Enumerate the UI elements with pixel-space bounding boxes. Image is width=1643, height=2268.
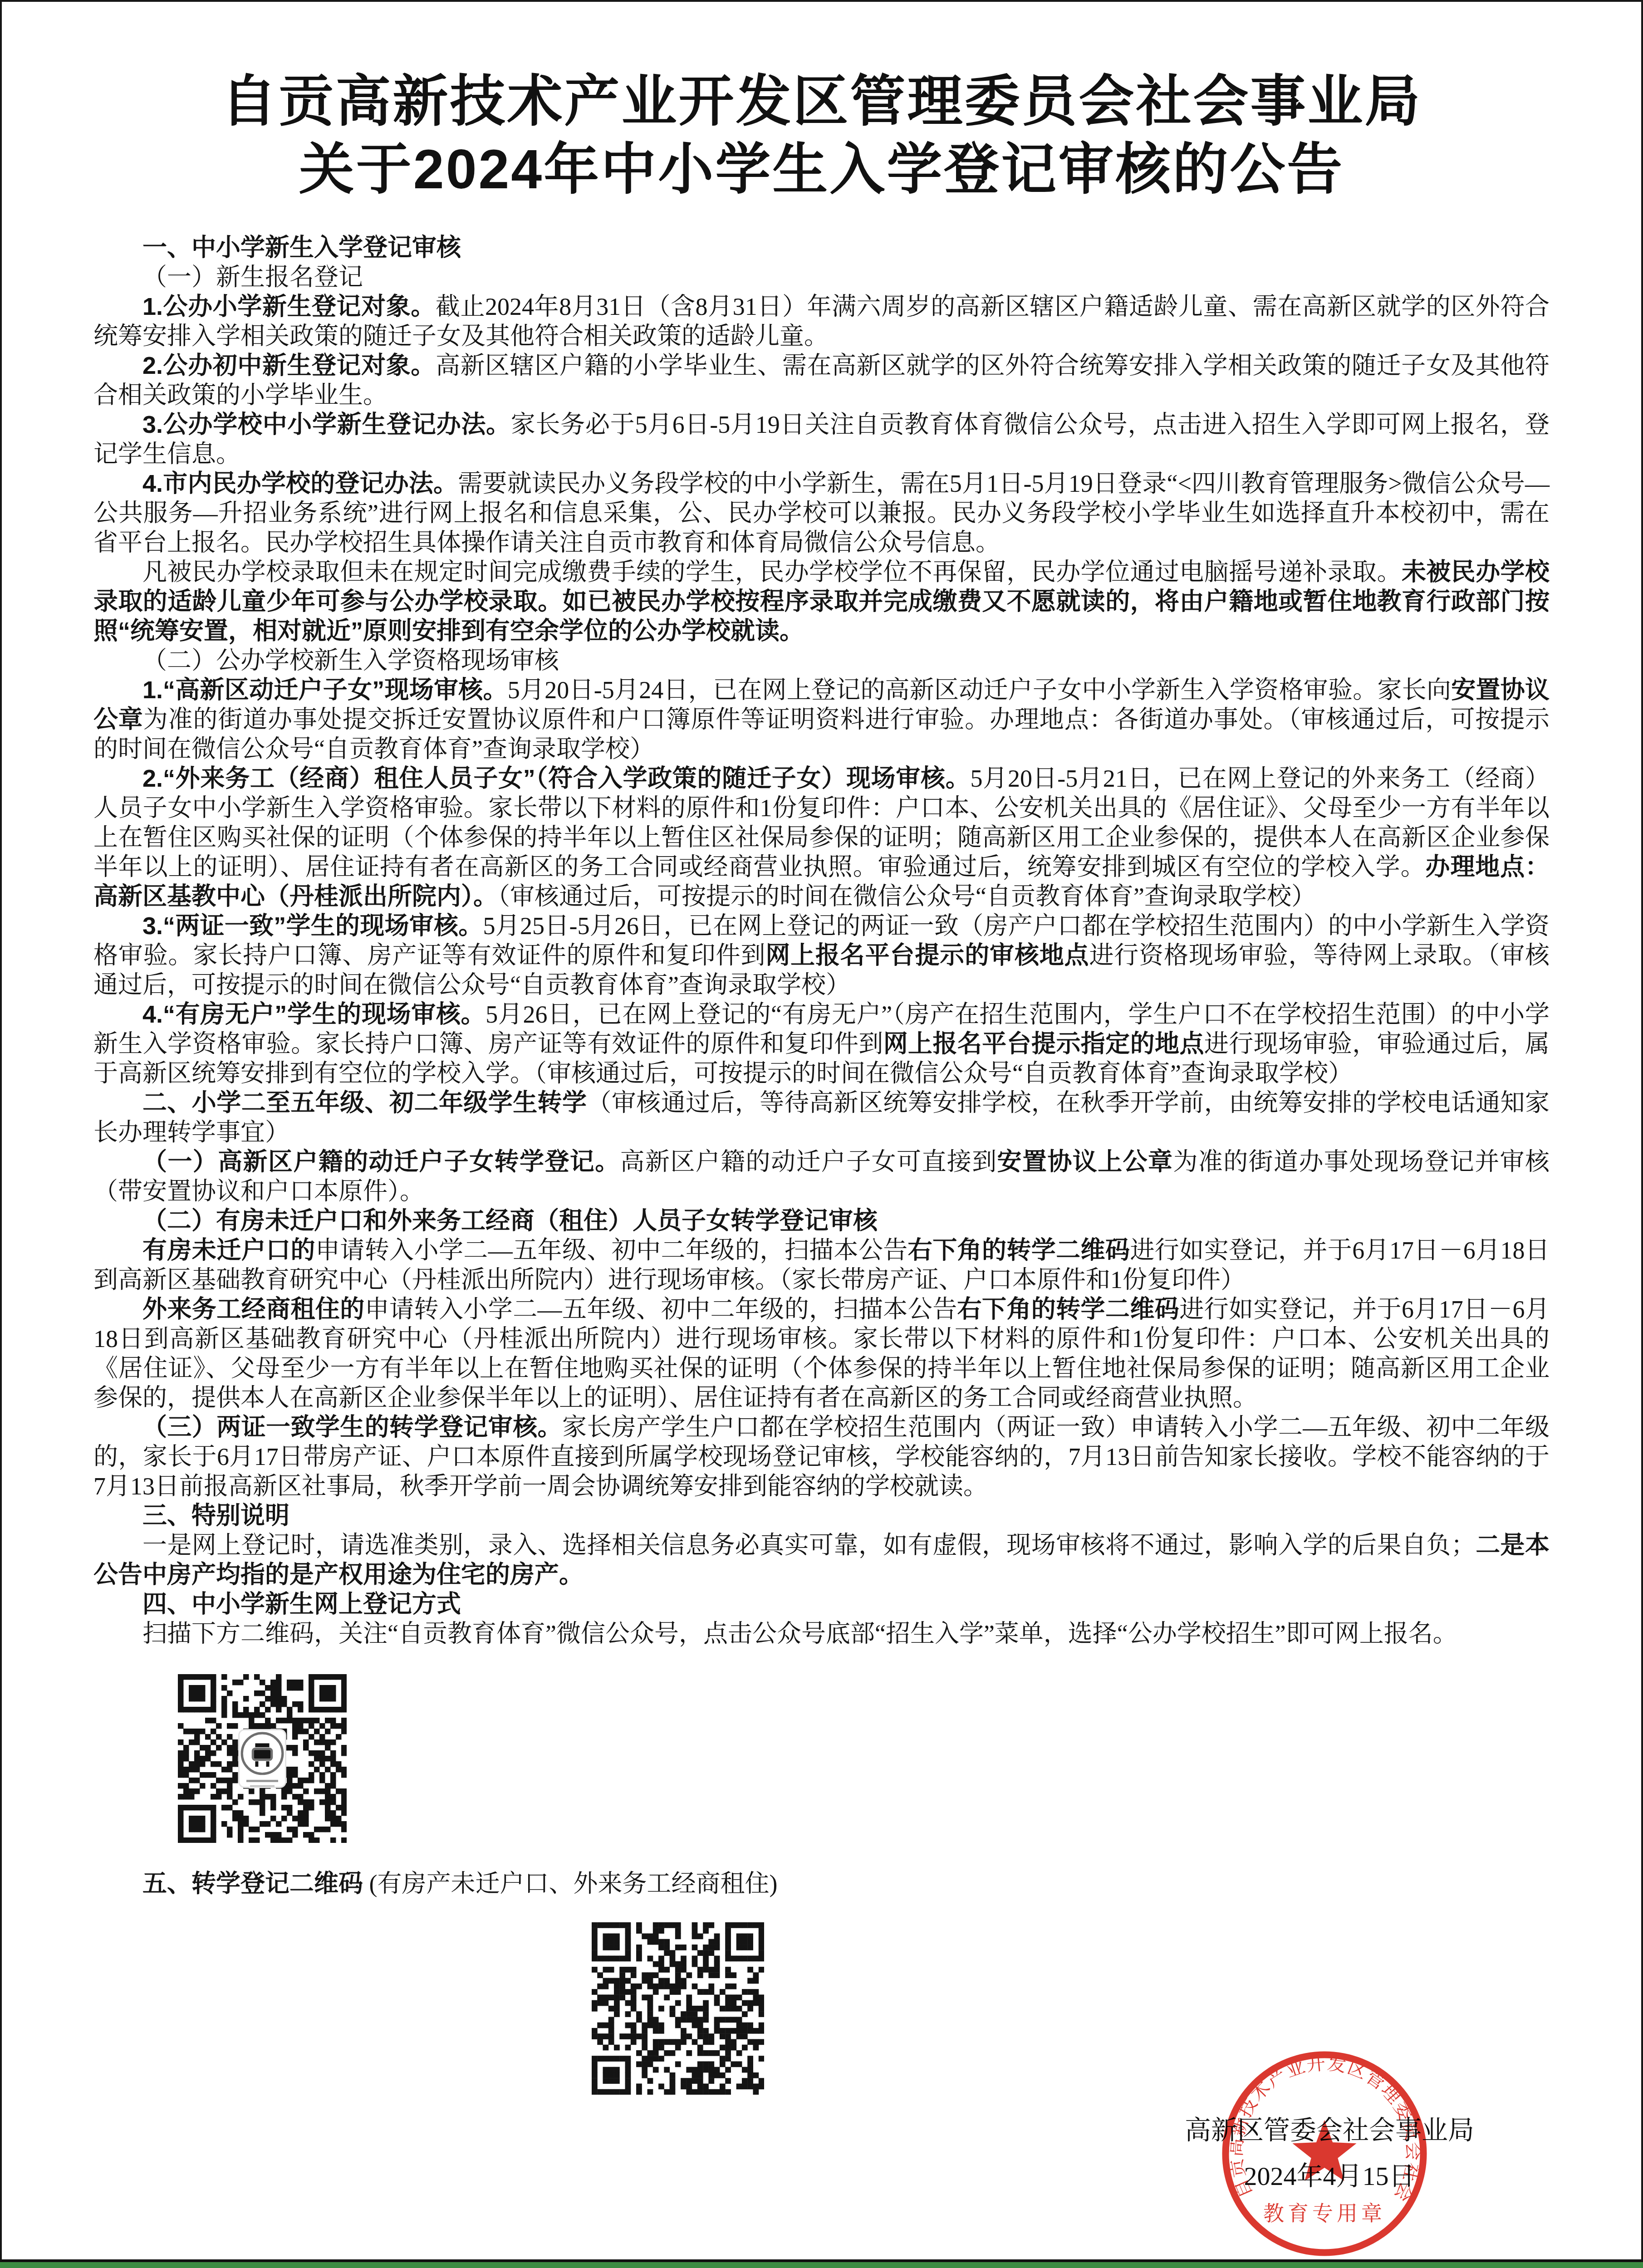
text-run: 凡被民办学校录取但未在规定时间完成缴费手续的学生，民办学校学位不再保留，民办学位… — [142, 558, 1402, 586]
emphasis-run: （三）两证一致学生的转学登记审核。 — [142, 1414, 562, 1441]
item-1-1-2: 2.公办初中新生登记对象。高新区辖区户籍的小学毕业生、需在高新区就学的区外符合统… — [93, 351, 1550, 410]
item-1-1-note: 凡被民办学校录取但未在规定时间完成缴费手续的学生，民办学校学位不再保留，民办学位… — [93, 558, 1550, 646]
bottom-green-strip — [0, 2259, 1643, 2268]
emblem-circle-icon — [240, 1730, 285, 1777]
document-content: 自贡高新技术产业开发区管理委员会社会事业局 关于2024年中小学生入学登记审核的… — [93, 67, 1550, 2095]
emphasis-run: 2.公办初中新生登记对象。 — [142, 352, 436, 379]
item-1-2-2: 2.“外来务工（经商）租住人员子女”（符合入学政策的随迁子女）现场审核。5月20… — [93, 764, 1550, 911]
text-run: 一是网上登记时，请选准类别，录入、选择相关信息务必真实可靠，如有虚假，现场审核将… — [142, 1532, 1476, 1559]
item-2-3: （三）两证一致学生的转学登记审核。家长房产学生户口都在学校招生范围内（两证一致）… — [93, 1413, 1550, 1501]
svg-text:自贡高新技术产业开发区管理委员会社会事业局: 自贡高新技术产业开发区管理委员会社会事业局 — [1215, 2044, 1424, 2206]
emphasis-run: 1.公办小学新生登记对象。 — [142, 293, 436, 320]
text-run: 高新区户籍的动迁户子女可直接到 — [620, 1148, 997, 1176]
emphasis-run: 四、中小学新生网上登记方式 — [142, 1591, 461, 1618]
emblem-caption-bar — [246, 1780, 278, 1782]
text-run: (有房产未迁户口、外来务工经商租住) — [363, 1870, 777, 1897]
emphasis-run: 右下角的转学二维码 — [908, 1237, 1130, 1264]
item-2-2-b: 外来务工经商租住的申请转入小学二—五年级、初中二年级的，扫描本公告右下角的转学二… — [93, 1295, 1550, 1413]
item-4-1: 扫描下方二维码，关注“自贡教育体育”微信公众号，点击公众号底部“招生入学”菜单，… — [93, 1619, 1550, 1649]
emphasis-run: 网上报名平台提示指定的地点 — [883, 1030, 1204, 1058]
document-title-line2: 关于2024年中小学生入学登记审核的公告 — [93, 135, 1550, 203]
emphasis-run: （二）有房未迁户口和外来务工经商（租住）人员子女转学登记审核 — [142, 1207, 878, 1234]
document-paragraphs-main: 一、中小学新生入学登记审核（一）新生报名登记1.公办小学新生登记对象。截止202… — [93, 233, 1550, 1649]
emphasis-run: 右下角的转学二维码 — [957, 1296, 1180, 1323]
emphasis-run: 2.“外来务工（经商）租住人员子女”（符合入学政策的随迁子女）现场审核。 — [142, 765, 970, 792]
document-body: 一、中小学新生入学登记审核（一）新生报名登记1.公办小学新生登记对象。截止202… — [93, 233, 1550, 2095]
sub-1-1-heading: （一）新生报名登记 — [93, 263, 1550, 292]
document-title-line1: 自贡高新技术产业开发区管理委员会社会事业局 — [93, 67, 1550, 135]
qr-center-emblem-icon — [238, 1729, 286, 1788]
text-run: （审核通过后，可按提示的时间在微信公众号“自贡教育体育”查询录取学校） — [498, 883, 1316, 910]
item-2-2-heading: （二）有房未迁户口和外来务工经商（租住）人员子女转学登记审核 — [93, 1206, 1550, 1236]
emphasis-run: 安置协议上公章 — [997, 1148, 1173, 1176]
section-3-heading: 三、特别说明 — [93, 1501, 1550, 1531]
emphasis-run: 三、特别说明 — [142, 1502, 289, 1529]
text-run: （一）新生报名登记 — [142, 264, 363, 291]
announcement-page: { "title": { "line1": "自贡高新技术产业开发区管理委员会社… — [0, 0, 1643, 2268]
item-1-1-3: 3.公办学校中小学新生登记办法。家长务必于5月6日-5月19日关注自贡教育体育微… — [93, 410, 1550, 469]
section-5-heading: 五、转学登记二维码 (有房产未迁户口、外来务工经商租住) — [93, 1869, 1550, 1899]
item-3-1: 一是网上登记时，请选准类别，录入、选择相关信息务必真实可靠，如有虚假，现场审核将… — [93, 1531, 1550, 1590]
emphasis-run: 一、中小学新生入学登记审核 — [142, 234, 461, 261]
emphasis-run: 1.“高新区动迁户子女”现场审核。 — [142, 676, 508, 704]
section-2-heading: 二、小学二至五年级、初二年级学生转学（审核通过后，等待高新区统筹安排学校，在秋季… — [93, 1088, 1550, 1147]
seal-bottom-label: 教育专用章 — [1263, 2202, 1386, 2225]
qr-code-transfer — [592, 1922, 764, 2095]
qr-pattern-transfer — [592, 1922, 764, 2095]
emphasis-run: 4.“有房无户”学生的现场审核。 — [142, 1001, 486, 1028]
text-run: 为准的街道办事处提交拆迁安置协议原件和户口簿原件等证明资料进行审验。办理地点：各… — [93, 706, 1550, 763]
emphasis-run: 4.市内民办学校的登记办法。 — [142, 470, 458, 497]
text-run: 扫描下方二维码，关注“自贡教育体育”微信公众号，点击公众号底部“招生入学”菜单，… — [142, 1620, 1457, 1647]
text-run: 申请转入小学二—五年级、初中二年级的，扫描本公告 — [365, 1296, 957, 1323]
seal-star-icon — [1293, 2120, 1357, 2181]
emphasis-run: 网上报名平台提示的审核地点 — [765, 942, 1089, 969]
emphasis-run: 外来务工经商租住的 — [142, 1296, 365, 1323]
emphasis-run: 有房未迁户口的 — [142, 1237, 315, 1264]
sub-1-2-heading: （二）公办学校新生入学资格现场审核 — [93, 646, 1550, 676]
emphasis-run: （一）高新区户籍的动迁户子女转学登记。 — [142, 1148, 620, 1176]
emphasis-run: 五、转学登记二维码 — [142, 1870, 363, 1897]
item-2-2-a: 有房未迁户口的申请转入小学二—五年级、初中二年级的，扫描本公告右下角的转学二维码… — [93, 1236, 1550, 1295]
emblem-subcaption-bar — [250, 1785, 275, 1787]
emphasis-run: 二、小学二至五年级、初二年级学生转学 — [142, 1089, 587, 1117]
text-run: 5月20日-5月24日，已在网上登记的高新区动迁户子女中小学新生入学资格审验。家… — [508, 676, 1452, 704]
emphasis-run: 3.公办学校中小学新生登记办法。 — [142, 411, 511, 438]
item-1-1-4: 4.市内民办学校的登记办法。需要就读民办义务段学校的中小学新生，需在5月1日-5… — [93, 469, 1550, 558]
item-1-2-1: 1.“高新区动迁户子女”现场审核。5月20日-5月24日，已在网上登记的高新区动… — [93, 676, 1550, 764]
emphasis-run: 3.“两证一致”学生的现场审核。 — [142, 912, 483, 940]
text-run: （二）公办学校新生入学资格现场审核 — [142, 647, 559, 674]
section-4-heading: 四、中小学新生网上登记方式 — [93, 1590, 1550, 1619]
document-paragraphs-transfer: 五、转学登记二维码 (有房产未迁户口、外来务工经商租住) — [93, 1869, 1550, 1899]
item-1-2-4: 4.“有房无户”学生的现场审核。5月26日，已在网上登记的“有房无户”（房产在招… — [93, 1000, 1550, 1088]
official-seal: 自贡高新技术产业开发区管理委员会社会事业局 教育专用章 — [1215, 2044, 1434, 2263]
item-1-2-3: 3.“两证一致”学生的现场审核。5月25日-5月26日，已在网上登记的两证一致（… — [93, 911, 1550, 1000]
item-1-1-1: 1.公办小学新生登记对象。截止2024年8月31日（含8月31日）年满六周岁的高… — [93, 292, 1550, 351]
item-2-1: （一）高新区户籍的动迁户子女转学登记。高新区户籍的动迁户子女可直接到安置协议上公… — [93, 1147, 1550, 1206]
qr-code-enrollment — [178, 1674, 347, 1843]
seal-ring-text: 自贡高新技术产业开发区管理委员会社会事业局 — [1215, 2044, 1424, 2206]
section-1-heading: 一、中小学新生入学登记审核 — [93, 233, 1550, 263]
text-run: 申请转入小学二—五年级、初中二年级的，扫描本公告 — [315, 1237, 908, 1264]
document-title: 自贡高新技术产业开发区管理委员会社会事业局 关于2024年中小学生入学登记审核的… — [93, 67, 1550, 203]
